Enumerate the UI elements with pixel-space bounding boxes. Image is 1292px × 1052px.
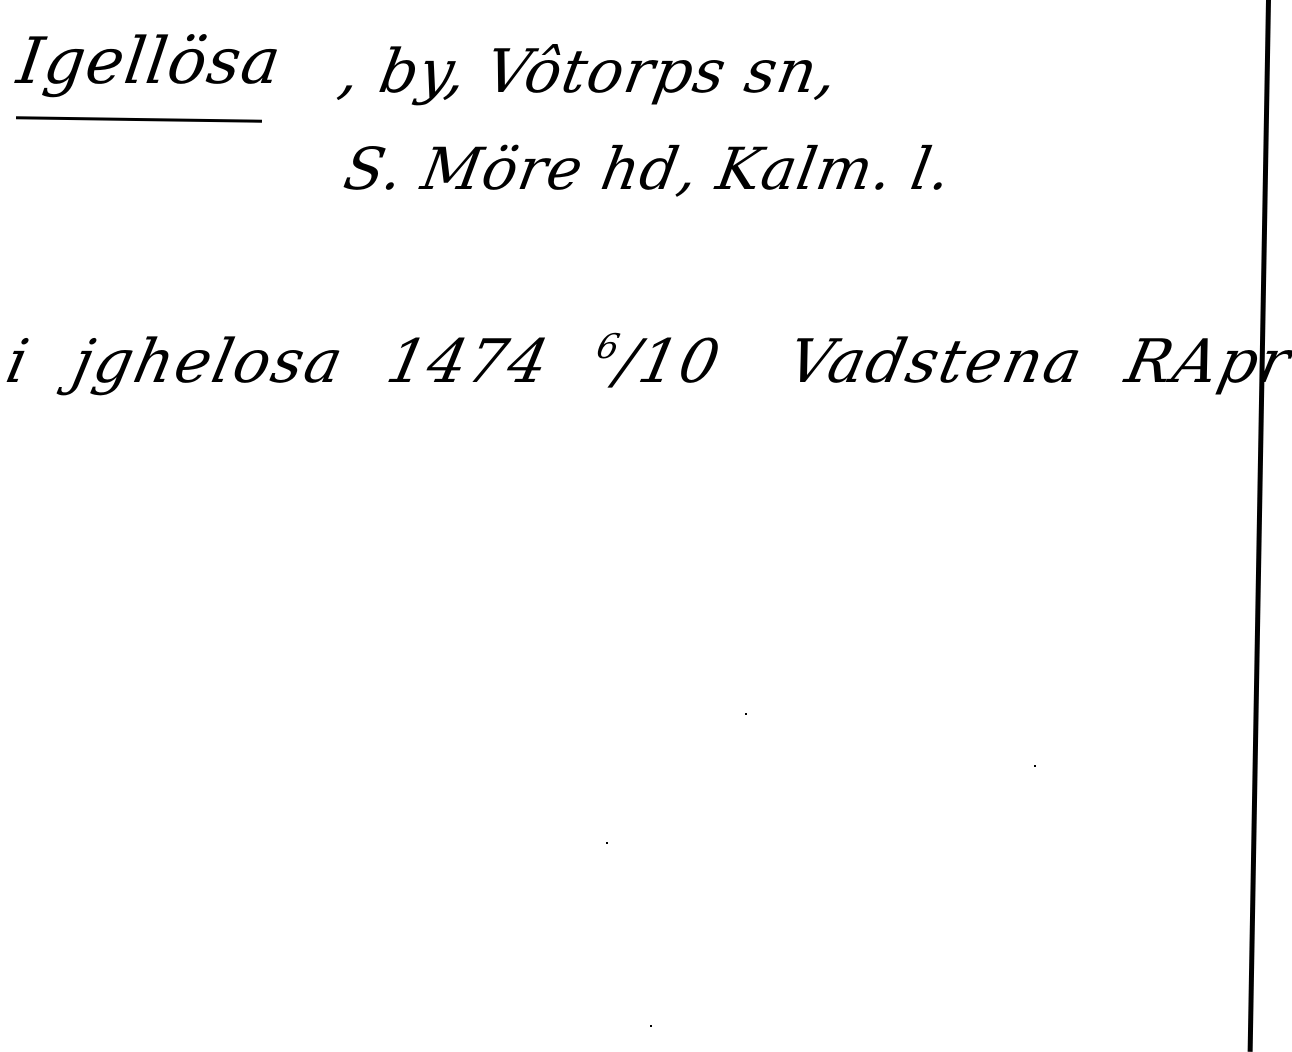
source-year: 1474: [381, 327, 557, 397]
source-date-month: 10: [632, 327, 727, 397]
scan-speck: [1034, 765, 1036, 767]
headword-underline: [16, 116, 262, 122]
headword: Igellösa: [14, 30, 286, 94]
source-date-day: 6: [593, 327, 625, 367]
place-description-line-2: S. Möre hd, Kalm. l.: [340, 140, 956, 198]
scan-speck: [745, 713, 747, 715]
source-place: Vadstena: [782, 327, 1090, 397]
source-date: 6/10: [587, 327, 752, 397]
archive-card: Igellösa , by, Vôtorps sn, S. Möre hd, K…: [0, 0, 1292, 1052]
card-edge-line: [1248, 0, 1271, 1052]
place-description-line-1: , by, Vôtorps sn,: [335, 42, 843, 102]
source-form: jghelosa: [67, 327, 351, 397]
source-reference: RApr or.: [1120, 327, 1292, 397]
scan-speck: [606, 842, 608, 844]
source-prefix: i: [0, 327, 36, 397]
scan-speck: [650, 1025, 652, 1027]
source-citation: i jghelosa 1474 6/10 Vadstena RApr or.: [1, 330, 1292, 392]
